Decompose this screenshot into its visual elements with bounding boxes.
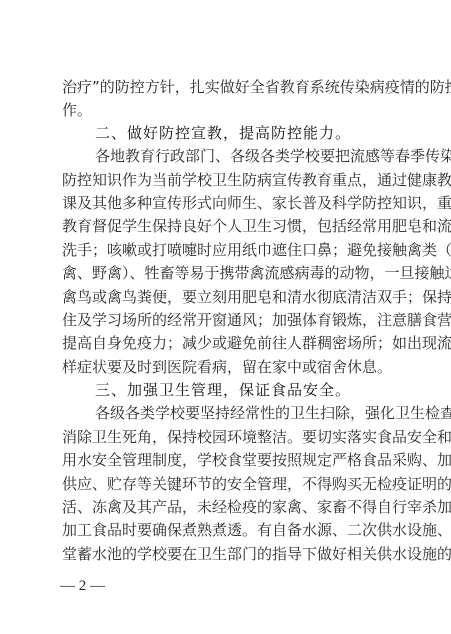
- body-line: 各级各类学校要坚持经常性的卫生扫除，强化卫生检查，: [95, 403, 394, 423]
- body-line: 教育督促学生保持良好个人卫生习惯，包括经常用肥皂和流水: [62, 216, 394, 236]
- body-line: 防控知识作为当前学校卫生防病宣传教育重点，通过健康教育: [62, 170, 394, 190]
- body-line: 堂蓄水池的学校要在卫生部门的指导下做好相关供水设施的清: [62, 544, 394, 564]
- body-line: 样症状要及时到医院看病，留在家中或宿舍休息。: [62, 357, 394, 377]
- body-line: 住及学习场所的经常开窗通风；加强体育锻炼，注意膳食营养，: [62, 310, 394, 330]
- body-line: 禽、野禽）、牲畜等易于携带禽流感病毒的动物，一旦接触过: [62, 263, 394, 283]
- body-line: 治疗”的防控方针，扎实做好全省教育系统传染病疫情的防控工: [62, 77, 394, 97]
- body-line: 加工食品时要确保煮熟煮透。有自备水源、二次供水设施、食: [62, 520, 394, 540]
- document-page: 治疗”的防控方针，扎实做好全省教育系统传染病疫情的防控工 作。 二、做好防控宣教…: [0, 0, 451, 634]
- body-line: 禽鸟或禽鸟粪便，要立刻用肥皂和清水彻底清洁双手；保持居: [62, 287, 394, 307]
- body-line: 用水安全管理制度，学校食堂要按照规定严格食品采购、加工、: [62, 450, 394, 470]
- body-line: 洗手；咳嗽或打喷嚏时应用纸巾遮住口鼻；避免接触禽类（家: [62, 240, 394, 260]
- page-number: — 2 —: [60, 578, 105, 595]
- body-line: 活、冻禽及其产品，未经检疫的家禽、家畜不得自行宰杀加工，: [62, 497, 394, 517]
- body-line: 提高自身免疫力；减少或避免前往人群稠密场所；如出现流感: [62, 333, 394, 353]
- body-line: 供应、贮存等关键环节的安全管理，不得购买无检疫证明的鲜、: [62, 474, 394, 494]
- body-line: 各地教育行政部门、各级各类学校要把流感等春季传染病: [95, 146, 394, 166]
- body-line: 作。: [62, 100, 394, 120]
- section-heading: 二、做好防控宣教，提高防控能力。: [95, 123, 394, 143]
- body-line: 消除卫生死角，保持校园环境整洁。要切实落实食品安全和饮: [62, 427, 394, 447]
- section-heading: 三、加强卫生管理，保证食品安全。: [95, 380, 394, 400]
- body-line: 课及其他多种宣传形式向师生、家长普及科学防控知识，重点: [62, 193, 394, 213]
